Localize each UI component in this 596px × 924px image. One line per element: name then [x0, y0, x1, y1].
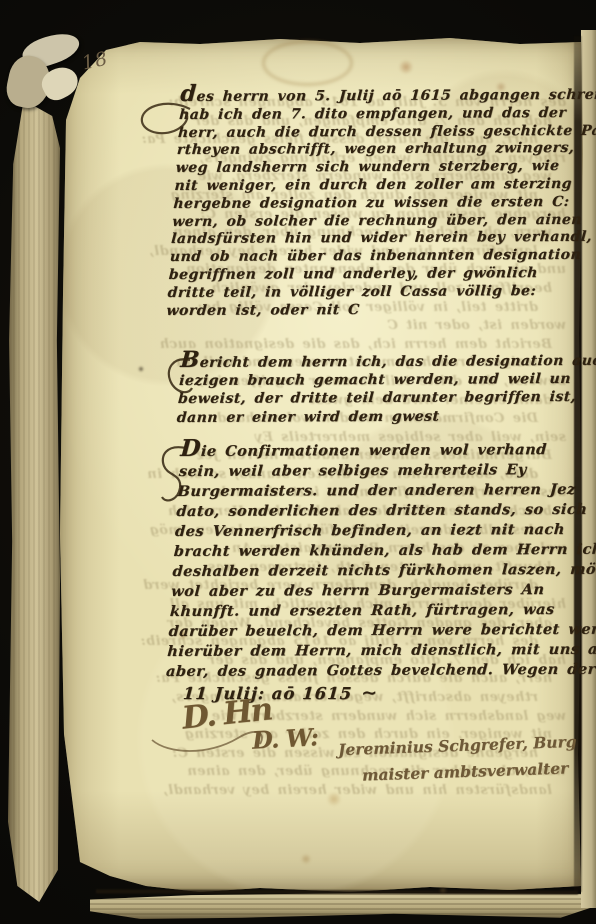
manuscript-line: Die Confirmationen werden wol verhand [180, 438, 580, 462]
line-end-flourish: ∼ [360, 682, 378, 704]
initials-monogram: D. W: [251, 722, 318, 754]
manuscript-line: hergebne designation zu wissen die erste… [173, 194, 572, 214]
manuscript-paragraph: des herrn von 5. Julij aō 1615 abgangen … [166, 84, 579, 320]
manuscript-line: dann er einer wird dem gwest [176, 407, 575, 427]
manuscript-line: Burgermaisters. und der anderen herren J… [177, 480, 576, 502]
page-stack-bottom-edge [90, 893, 596, 919]
manuscript-line: landsfürsten hin und wider herein bey ve… [170, 229, 569, 249]
paragraph-initial-swash-icon [156, 442, 190, 508]
bottom-edge-shadow [96, 889, 578, 894]
manuscript-paragraph: Die Confirmationen werden wol verhandsei… [165, 438, 579, 682]
manuscript-line: begriffnen zoll und anderley, der gwönli… [168, 265, 567, 285]
manuscript-line: weg landsherrn sich wundern sterzberg, w… [175, 158, 574, 178]
manuscript-line: des herrn von 5. Julij aō 1615 abgangen … [180, 84, 579, 107]
manuscript-photo: des herrn von 5. Julij aō 1615 abgangen … [0, 0, 596, 924]
manuscript-line: herr, auch die durch dessen fleiss gesch… [177, 123, 576, 143]
manuscript-line: nit weniger, ein durch den zoller am ste… [174, 176, 573, 196]
manuscript-paragraph: Bericht dem herrn ich, das die designati… [176, 350, 579, 427]
manuscript-line: khunfft. und ersezten Rath, fürtragen, w… [169, 600, 568, 622]
manuscript-line: aber, des gnaden Gottes bevelchend. Wege… [165, 660, 564, 682]
manuscript-line: deshalben derzeit nichts fürkhomen lasze… [172, 560, 571, 582]
manuscript-line: hab ich den 7. dito empfangen, und das d… [179, 105, 578, 125]
manuscript-line: und ob nach über das inbenannten designa… [169, 247, 568, 267]
manuscript-line: worden ist, oder nit C [166, 300, 565, 320]
manuscript-line: dritte teil, in völliger zoll Cassa völl… [167, 283, 566, 303]
facing-page-sliver [581, 30, 596, 908]
manuscript-line: iezigen brauch gemacht werden, und weil … [179, 370, 578, 390]
manuscript-line: bracht werden khünden, als hab dem Herrn… [173, 540, 572, 562]
manuscript-line: rtheyen abschrifft, wegen erhaltung zwin… [176, 140, 575, 160]
manuscript-line: Bericht dem herrn ich, das die designati… [180, 350, 579, 372]
manuscript-line: des Vennerfrisch befinden, an iezt nit n… [174, 520, 573, 542]
manuscript-line: beweist, der dritte teil darunter begrif… [177, 388, 576, 408]
paraph-flourish-icon [136, 100, 194, 138]
manuscript-line: hierüber dem Herrn, mich dienstlich, mit… [167, 640, 566, 662]
book-spine-edge [8, 100, 60, 902]
manuscript-line: wol aber zu des herrn Burgermaisters An [171, 580, 570, 602]
manuscript-line: dato, sonderlichen des dritten stands, s… [176, 500, 575, 522]
manuscript-line: darüber beuelch, dem Herrn were berichte… [168, 620, 567, 642]
paragraph-initial-swash-icon [164, 354, 194, 400]
bleedthrough-line: landsfürsten hin und wider herein bey ve… [62, 782, 566, 801]
manuscript-line: sein, weil aber selbiges mehrerteils Ey [178, 460, 577, 482]
bleedthrough-line: worden ist, oder nit C [62, 317, 566, 336]
